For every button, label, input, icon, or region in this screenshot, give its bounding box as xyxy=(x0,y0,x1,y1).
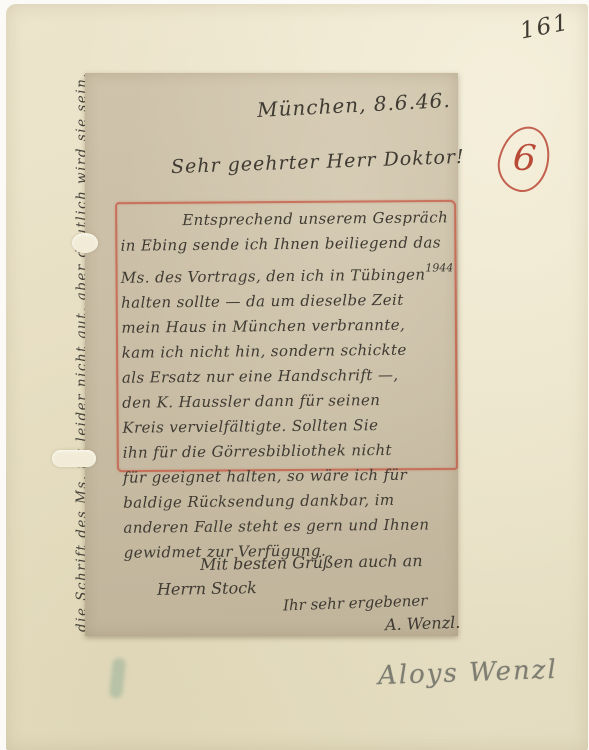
letter-line: als Ersatz nur eine Handschrift —, xyxy=(122,362,452,390)
scanned-letter-page: 161 6 die Schrift des Ms. ist leider nic… xyxy=(0,0,589,750)
letter-line: baldige Rücksendung dankbar, im xyxy=(123,487,453,515)
letter-line: Ms. des Vortrags, den ich in Tübingen194… xyxy=(121,255,451,290)
letter-line: den K. Haussler dann für seinen xyxy=(122,387,452,415)
closing-addressee: Herrn Stock xyxy=(157,578,257,599)
inserted-year: 1944 xyxy=(425,261,453,274)
punch-hole-top xyxy=(72,233,98,253)
closing-greeting: Mit besten Grüßen auch an xyxy=(200,551,423,574)
red-number-digit: 6 xyxy=(511,140,537,178)
letter-line: mein Haus in München verbrannte, xyxy=(121,312,451,340)
letter-line: für geeignet halten, so wäre ich für xyxy=(123,462,453,490)
letter-line: kam ich nicht hin, sondern schickte xyxy=(122,337,452,365)
signature: A. Wenzl. xyxy=(385,613,461,635)
letter-line: ihn für die Görresbibliothek nicht xyxy=(123,437,453,465)
letter-line: Kreis vervielfältigte. Sollten Sie xyxy=(122,412,452,440)
valediction: Ihr sehr ergebener xyxy=(283,591,428,614)
salutation: Sehr geehrter Herr Doktor! xyxy=(171,146,465,178)
pencil-attribution: Aloys Wenzl xyxy=(378,655,559,691)
dateline: München, 8.6.46. xyxy=(257,88,452,122)
letter-line-text: Ms. des Vortrags, den ich in Tübingen xyxy=(121,266,426,287)
punch-hole-bottom xyxy=(52,450,96,467)
letter-sheet: München, 8.6.46. Sehr geehrter Herr Dokt… xyxy=(85,73,458,636)
letter-line: in Ebing sende ich Ihnen beiliegend das xyxy=(120,230,450,258)
letter-line: Entsprechend unserem Gespräch xyxy=(120,205,450,233)
letter-line: anderen Falle steht es gern und Ihnen xyxy=(123,512,453,540)
letter-line: halten sollte — da um dieselbe Zeit xyxy=(121,287,451,315)
letter-body: Entsprechend unserem Gespräch in Ebing s… xyxy=(120,205,454,565)
